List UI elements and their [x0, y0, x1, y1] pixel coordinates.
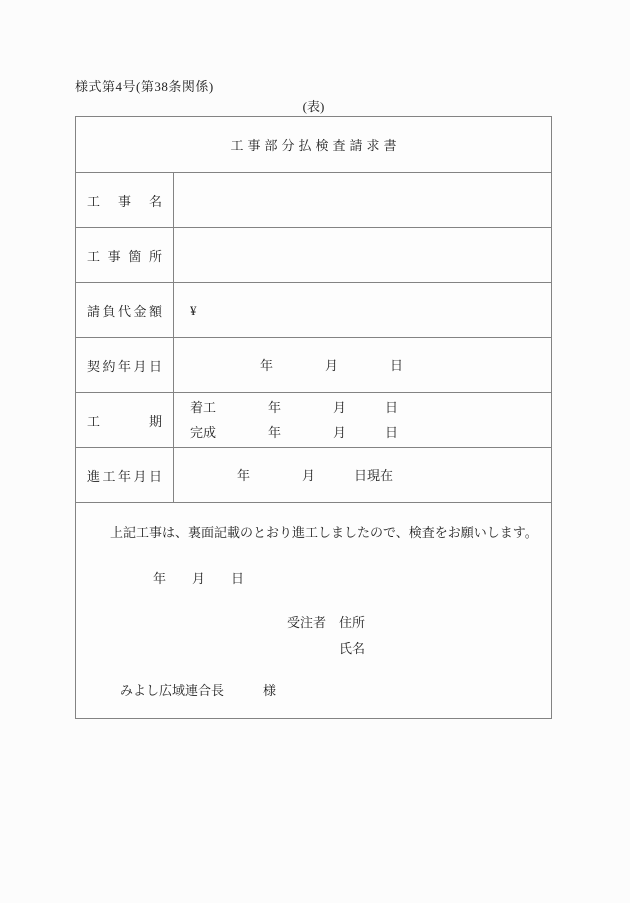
form-number: 様式第4号(第38条関係)	[75, 76, 214, 95]
table-title-row: 工事部分払検査請求書	[76, 117, 551, 172]
label-cell-construction-period: 工期	[76, 393, 174, 447]
row-label: 契約年月日	[87, 356, 162, 375]
request-sentence: 上記工事は、裏面記載のとおり進工しましたので、検査をお願いします。	[110, 525, 551, 541]
value-cell-construction-period: 着工 年 月 日 完成 年 月 日	[174, 393, 551, 447]
row-label: 工事箇所	[87, 246, 162, 265]
addressee-line: みよし広域連合長 様	[120, 683, 551, 699]
label-cell-progress-date: 進工年月日	[76, 448, 174, 502]
inspection-request-form-table: 工事部分払検査請求書 工事名 工事箇所 請負代金額 ¥	[75, 116, 552, 719]
completion-date-placeholder: 完成 年 月 日	[190, 420, 551, 445]
row-label: 進工年月日	[87, 466, 162, 485]
start-date-placeholder: 着工 年 月 日	[190, 395, 551, 420]
document-page: 様式第4号(第38条関係) (表) 工事部分払検査請求書 工事名 工事箇所 請負…	[0, 0, 630, 903]
value-cell-construction-name	[174, 173, 551, 227]
date-placeholder: 年 月 日	[260, 353, 551, 378]
label-cell-contract-amount: 請負代金額	[76, 283, 174, 337]
progress-date-placeholder: 年 月 日現在	[237, 463, 551, 488]
label-cell-construction-site: 工事箇所	[76, 228, 174, 282]
row-progress-date: 進工年月日 年 月 日現在	[76, 447, 551, 502]
row-construction-site: 工事箇所	[76, 227, 551, 282]
row-label: 工事名	[87, 191, 162, 210]
row-construction-name: 工事名	[76, 172, 551, 227]
row-contract-date: 契約年月日 年 月 日	[76, 337, 551, 392]
row-construction-period: 工期 着工 年 月 日 完成 年 月 日	[76, 392, 551, 447]
label-cell-construction-name: 工事名	[76, 173, 174, 227]
value-cell-contract-date: 年 月 日	[174, 338, 551, 392]
orderer-address-label: 受注者 住所	[287, 615, 551, 631]
form-title: 工事部分払検査請求書	[226, 135, 400, 154]
yen-symbol: ¥	[190, 298, 551, 323]
label-cell-contract-date: 契約年月日	[76, 338, 174, 392]
value-cell-progress-date: 年 月 日現在	[174, 448, 551, 502]
row-label: 請負代金額	[87, 301, 162, 320]
value-cell-construction-site	[174, 228, 551, 282]
side-label: (表)	[75, 96, 552, 115]
row-label: 工期	[87, 411, 162, 430]
row-contract-amount: 請負代金額 ¥	[76, 282, 551, 337]
value-cell-contract-amount: ¥	[174, 283, 551, 337]
submission-date-placeholder: 年 月 日	[153, 571, 551, 587]
orderer-name-label: 氏名	[339, 641, 551, 657]
footer-section: 上記工事は、裏面記載のとおり進工しましたので、検査をお願いします。 年 月 日 …	[76, 502, 551, 718]
